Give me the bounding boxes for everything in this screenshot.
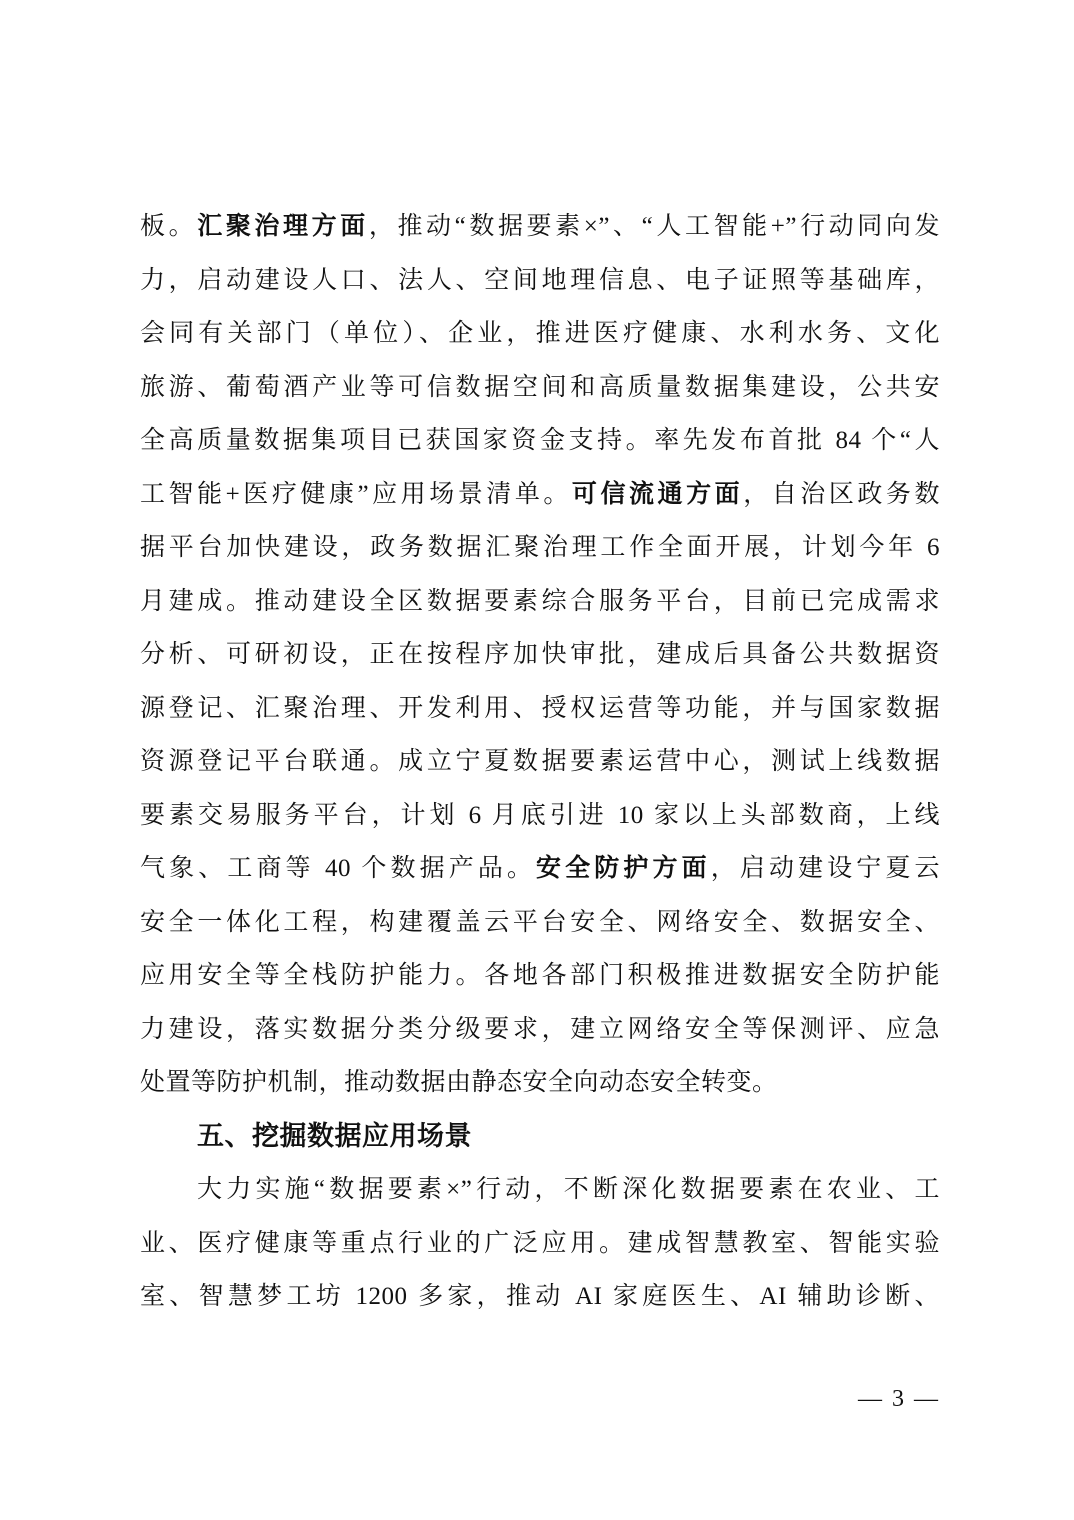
text-run: 要素交易服务平台，计划 6 月底引进 10 家以上头部数商，上线 [140,802,940,829]
document-body: 板。汇聚治理方面，推动“数据要素×”、“人工智能+”行动同向发力，启动建设人口、… [140,200,940,1324]
text-line: 处置等防护机制，推动数据由静态安全向动态安全转变。 [140,1056,940,1110]
text-run: 应用安全等全栈防护能力。各地各部门积极推进数据安全防护能 [140,962,940,989]
text-line: 气象、工商等 40 个数据产品。安全防护方面，启动建设宁夏云 [140,842,940,896]
text-line: 室、智慧梦工坊 1200 多家，推动 AI 家庭医生、AI 辅助诊断、 [140,1270,940,1324]
text-run: 会同有关部门（单位）、企业，推进医疗健康、水利水务、文化 [140,320,940,347]
text-line: 会同有关部门（单位）、企业，推进医疗健康、水利水务、文化 [140,307,940,361]
text-line: 源登记、汇聚治理、开发利用、授权运营等功能，并与国家数据 [140,682,940,736]
text-run: 力建设，落实数据分类分级要求，建立网络安全等保测评、应急 [140,1016,940,1043]
text-run: 资源登记平台联通。成立宁夏数据要素运营中心，测试上线数据 [140,748,940,775]
bold-text-run: 五、挖掘数据应用场景 [197,1121,472,1151]
bold-text-run: 汇聚治理方面 [197,213,369,240]
page-number: — 3 — [858,1386,940,1413]
bold-text-run: 可信流通方面 [572,481,743,508]
text-run: 力，启动建设人口、法人、空间地理信息、电子证照等基础库， [140,267,940,294]
section-heading: 五、挖掘数据应用场景 [140,1110,940,1164]
text-line: 旅游、葡萄酒产业等可信数据空间和高质量数据集建设，公共安 [140,361,940,415]
text-run: 工智能+医疗健康”应用场景清单。 [140,481,572,508]
text-run: 板。 [140,213,197,240]
text-line: 力建设，落实数据分类分级要求，建立网络安全等保测评、应急 [140,1003,940,1057]
text-line: 分析、可研初设，正在按程序加快审批，建成后具备公共数据资 [140,628,940,682]
text-line: 板。汇聚治理方面，推动“数据要素×”、“人工智能+”行动同向发 [140,200,940,254]
bold-text-run: 安全防护方面 [536,855,711,882]
text-line: 全高质量数据集项目已获国家资金支持。率先发布首批 84 个“人 [140,414,940,468]
text-line: 资源登记平台联通。成立宁夏数据要素运营中心，测试上线数据 [140,735,940,789]
text-line: 工智能+医疗健康”应用场景清单。可信流通方面，自治区政务数 [140,468,940,522]
text-line: 据平台加快建设，政务数据汇聚治理工作全面开展，计划今年 6 [140,521,940,575]
text-run: 室、智慧梦工坊 1200 多家，推动 AI 家庭医生、AI 辅助诊断、 [140,1283,940,1310]
text-run: 安全一体化工程，构建覆盖云平台安全、网络安全、数据安全、 [140,909,940,936]
text-line: 月建成。推动建设全区数据要素综合服务平台，目前已完成需求 [140,575,940,629]
text-line: 应用安全等全栈防护能力。各地各部门积极推进数据安全防护能 [140,949,940,1003]
text-run: ，推动“数据要素×”、“人工智能+”行动同向发 [369,213,940,240]
document-page: 板。汇聚治理方面，推动“数据要素×”、“人工智能+”行动同向发力，启动建设人口、… [0,0,1074,1520]
text-line: 业、医疗健康等重点行业的广泛应用。建成智慧教室、智能实验 [140,1217,940,1271]
text-run: 分析、可研初设，正在按程序加快审批，建成后具备公共数据资 [140,641,940,668]
text-run: 月建成。推动建设全区数据要素综合服务平台，目前已完成需求 [140,588,940,615]
text-run: 据平台加快建设，政务数据汇聚治理工作全面开展，计划今年 6 [140,534,940,561]
text-line: 大力实施“数据要素×”行动，不断深化数据要素在农业、工 [140,1163,940,1217]
text-line: 安全一体化工程，构建覆盖云平台安全、网络安全、数据安全、 [140,896,940,950]
text-run: 处置等防护机制，推动数据由静态安全向动态安全转变。 [140,1069,778,1096]
text-run: 全高质量数据集项目已获国家资金支持。率先发布首批 84 个“人 [140,427,940,454]
text-run: ，自治区政务数 [743,481,940,508]
text-run: ，启动建设宁夏云 [711,855,940,882]
text-line: 要素交易服务平台，计划 6 月底引进 10 家以上头部数商，上线 [140,789,940,843]
text-run: 源登记、汇聚治理、开发利用、授权运营等功能，并与国家数据 [140,695,940,722]
text-run: 旅游、葡萄酒产业等可信数据空间和高质量数据集建设，公共安 [140,374,940,401]
text-run: 业、医疗健康等重点行业的广泛应用。建成智慧教室、智能实验 [140,1230,940,1257]
text-run: 大力实施“数据要素×”行动，不断深化数据要素在农业、工 [197,1176,940,1203]
text-run: 气象、工商等 40 个数据产品。 [140,855,536,882]
text-line: 力，启动建设人口、法人、空间地理信息、电子证照等基础库， [140,254,940,308]
